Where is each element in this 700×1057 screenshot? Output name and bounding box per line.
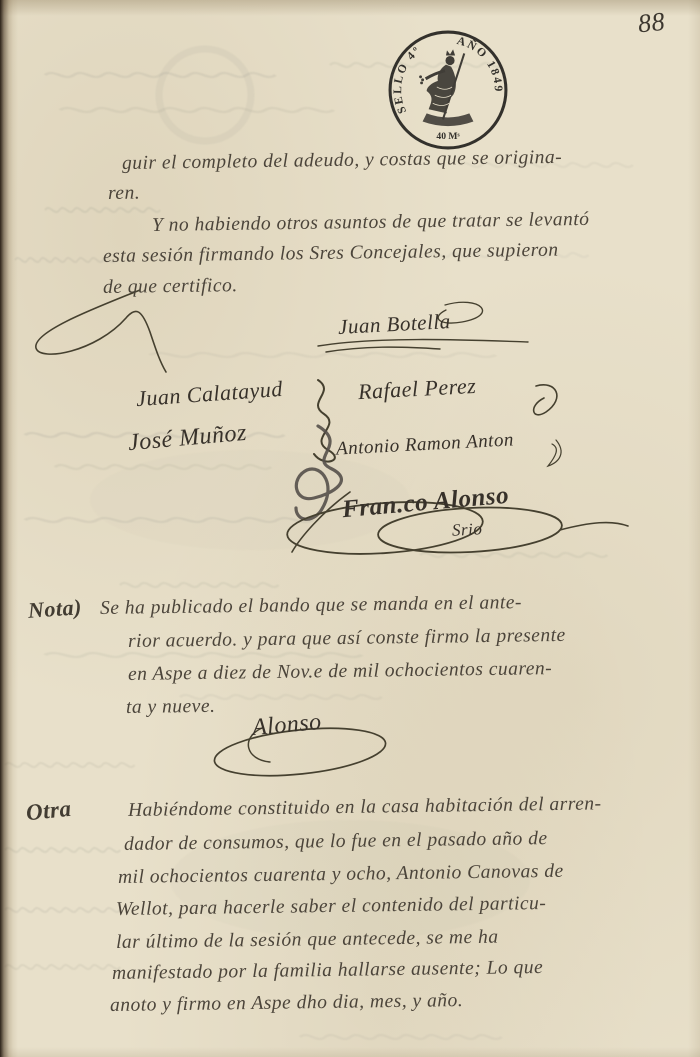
seal-figure-icon bbox=[419, 49, 473, 126]
seal-text-right: AÑO 1849 bbox=[455, 34, 504, 93]
central-rubric bbox=[296, 426, 341, 519]
botella-rubric bbox=[318, 340, 528, 353]
anton-rubric bbox=[548, 440, 561, 466]
calatayud-rubric bbox=[314, 380, 335, 462]
manuscript-page: 88 SELLO 4º AÑO 1849 40 Mˢ guir el comp bbox=[0, 0, 700, 1057]
margin-paraph bbox=[36, 290, 166, 372]
seal-text-left: SELLO 4º bbox=[391, 43, 423, 115]
nota-line: ta y nueve. bbox=[126, 696, 216, 719]
nota-margin-label: Nota) bbox=[27, 594, 83, 624]
binding-edge bbox=[0, 0, 18, 1057]
svg-text:AÑO 1849: AÑO 1849 bbox=[455, 34, 504, 93]
perez-rubric bbox=[534, 385, 557, 415]
session-line: ren. bbox=[108, 183, 140, 205]
svg-text:SELLO 4º: SELLO 4º bbox=[391, 43, 423, 115]
seal-denomination: 40 Mˢ bbox=[436, 131, 460, 142]
revenue-stamp-seal: SELLO 4º AÑO 1849 40 Mˢ bbox=[386, 28, 510, 152]
secretary-title: Srio bbox=[451, 519, 482, 541]
session-line: de que certifico. bbox=[103, 275, 238, 299]
otra-margin-label: Otra bbox=[25, 796, 73, 827]
folio-number: 88 bbox=[637, 7, 667, 40]
